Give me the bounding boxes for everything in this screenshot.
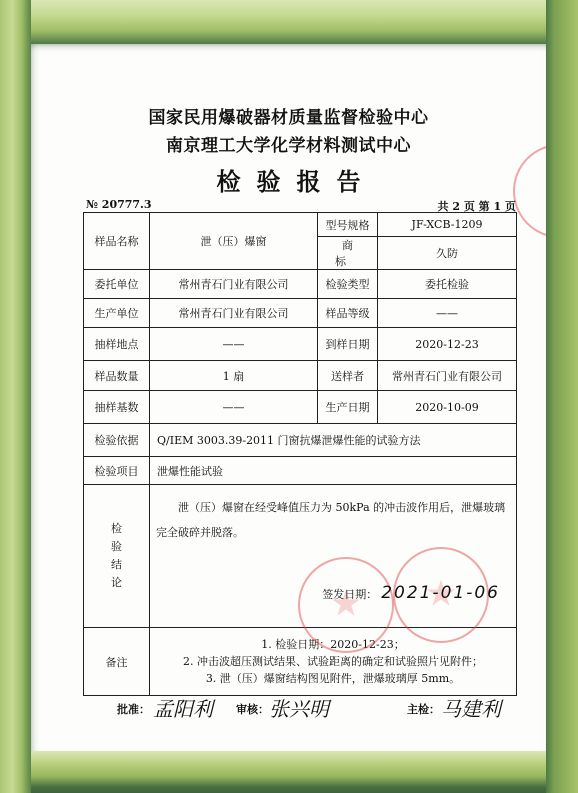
org-name-line2: 南京理工大学化学材料测试中心 <box>31 131 546 156</box>
report-document: 国家民用爆破器材质量监督检验中心 南京理工大学化学材料测试中心 检验报告 № 2… <box>31 44 546 751</box>
arrival-date-label: 到样日期 <box>318 328 378 361</box>
approve-signature: 孟阳利 <box>153 693 213 722</box>
sampling-base-value: —— <box>150 391 318 424</box>
remarks-label: 备注 <box>84 628 150 696</box>
production-date-value: 2020-10-09 <box>378 391 517 424</box>
item-label: 检验项目 <box>84 457 150 485</box>
arrival-date-value: 2020-12-23 <box>378 328 517 361</box>
sample-grade-label: 样品等级 <box>318 299 378 328</box>
conclusion-label: 检 验 结 论 <box>84 485 150 628</box>
issue-date-handwritten: 2021-01-06 <box>381 583 500 603</box>
sampling-site-value: —— <box>150 328 318 361</box>
document-title: 检验报告 <box>31 162 546 197</box>
client-label: 委托单位 <box>84 270 150 299</box>
conclusion-cell: 泄（压）爆窗在经受峰值压力为 50kPa 的冲击波作用后，泄爆玻璃完全破碎并脱落… <box>150 485 517 628</box>
manufacturer-value: 常州青石门业有限公司 <box>150 299 318 328</box>
approve-label: 批准： <box>117 701 150 717</box>
sample-name-value: 泄（压）爆窗 <box>150 213 318 270</box>
inspector-signature: 马建利 <box>441 693 501 722</box>
report-table: 样品名称 泄（压）爆窗 型号规格 JF-XCB-1209 商标 久防 委托单位 … <box>83 212 517 696</box>
issue-date-label: 签发日期： <box>322 588 377 601</box>
review-label: 审核： <box>236 701 269 717</box>
remark-item: 2. 冲击波超压测试结果、试验距离的确定和试验照片见附件； <box>154 653 512 670</box>
inspection-type-value: 委托检验 <box>378 270 517 299</box>
sender-value: 常州青石门业有限公司 <box>378 361 517 391</box>
manufacturer-label: 生产单位 <box>84 299 150 328</box>
review-signature: 张兴明 <box>269 693 329 722</box>
item-value: 泄爆性能试验 <box>150 457 517 485</box>
brand-value: 久防 <box>378 237 517 270</box>
conclusion-text: 泄（压）爆窗在经受峰值压力为 50kPa 的冲击波作用后，泄爆玻璃完全破碎并脱落… <box>150 495 516 545</box>
issue-date-line: 签发日期：2021-01-06 <box>322 583 500 603</box>
org-name-line1: 国家民用爆破器材质量监督检验中心 <box>31 103 546 128</box>
sample-qty-label: 样品数量 <box>84 361 150 391</box>
sampling-base-label: 抽样基数 <box>84 391 150 424</box>
inspection-type-label: 检验类型 <box>318 270 378 299</box>
client-value: 常州青石门业有限公司 <box>150 270 318 299</box>
frame-top <box>0 0 578 44</box>
production-date-label: 生产日期 <box>318 391 378 424</box>
basis-label: 检验依据 <box>84 424 150 457</box>
sample-qty-value: 1 扇 <box>150 361 318 391</box>
remark-item: 3. 泄（压）爆窗结构图见附件，泄爆玻璃厚 5mm。 <box>154 670 512 687</box>
sampling-site-label: 抽样地点 <box>84 328 150 361</box>
sender-label: 送样者 <box>318 361 378 391</box>
model-value: JF-XCB-1209 <box>378 213 517 237</box>
frame-bottom <box>0 751 578 793</box>
sample-grade-value: —— <box>378 299 517 328</box>
frame-left <box>0 0 31 793</box>
remarks-list: 1. 检验日期：2020-12-23； 2. 冲击波超压测试结果、试验距离的确定… <box>150 628 517 696</box>
inspector-label: 主检： <box>407 701 440 717</box>
brand-label: 商标 <box>318 237 378 270</box>
model-label: 型号规格 <box>318 213 378 237</box>
remark-item: 1. 检验日期：2020-12-23； <box>154 636 512 653</box>
sample-name-label: 样品名称 <box>84 213 150 270</box>
report-number: № 20777.3 <box>86 198 152 211</box>
basis-value: Q/IEM 3003.39-2011 门窗抗爆泄爆性能的试验方法 <box>150 424 517 457</box>
frame-right <box>546 0 578 793</box>
